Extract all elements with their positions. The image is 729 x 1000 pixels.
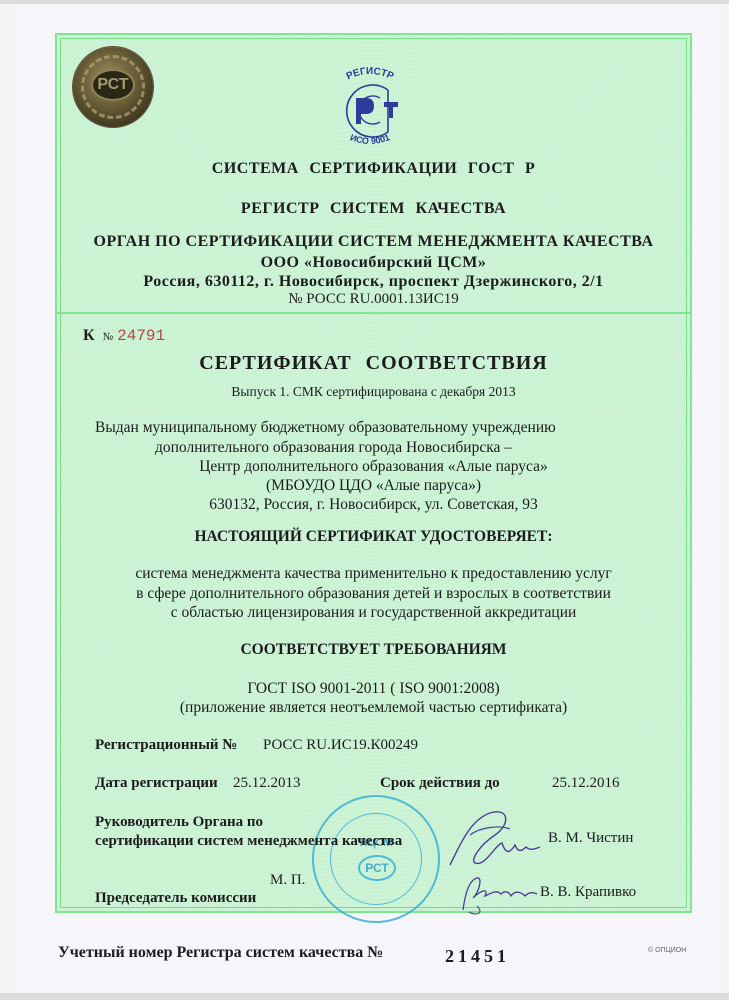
standard-reference: ГОСТ ISO 9001-2011 ( ISO 9001:2008) <box>55 680 692 698</box>
certificate-series: К <box>83 327 95 344</box>
certification-body-name: ООО «Новосибирский ЦСМ» <box>55 254 692 272</box>
issued-to-line: Центр дополнительного образования «Алые … <box>55 458 692 476</box>
register-account-label: Учетный номер Регистра систем качества № <box>58 944 383 962</box>
system-title: СИСТЕМА СЕРТИФИКАЦИИ ГОСТ Р <box>55 160 692 178</box>
register-account-number: 21451 <box>445 946 510 967</box>
stamp-pct-logo: РСТ <box>358 855 396 881</box>
chair-label: Председатель комиссии <box>95 890 256 907</box>
complies-heading: СООТВЕТСТВУЕТ ТРЕБОВАНИЯМ <box>55 641 692 659</box>
printer-copyright: © ОПЦИОН <box>648 947 686 954</box>
annex-note: (приложение является неотъемлемой частью… <box>55 699 692 717</box>
issued-to-line: дополнительного образования города Новос… <box>155 439 512 457</box>
certificate-title: СЕРТИФИКАТ СООТВЕТСТВИЯ <box>55 352 692 375</box>
reg-number-label: Регистрационный № <box>95 737 237 754</box>
scan-edge-top <box>0 0 729 4</box>
issue-note: Выпуск 1. СМК сертифицирована с декабря … <box>55 384 692 400</box>
certification-body-title: ОРГАН ПО СЕРТИФИКАЦИИ СИСТЕМ МЕНЕДЖМЕНТА… <box>55 233 692 251</box>
register-pct-logo-icon: РЕГИСТР ИСО 9001 <box>330 58 410 148</box>
reg-date-value: 25.12.2013 <box>233 775 301 792</box>
valid-until-value: 25.12.2016 <box>552 775 620 792</box>
scope-line: с областью лицензирования и государствен… <box>55 604 692 622</box>
certificate-number: К№24791 <box>83 327 165 345</box>
seal-place-label: М. П. <box>270 872 305 889</box>
certification-body-address: Россия, 630112, г. Новосибирск, проспект… <box>55 273 692 291</box>
register-title: РЕГИСТР СИСТЕМ КАЧЕСТВА <box>55 200 692 218</box>
svg-text:РЕГИСТР: РЕГИСТР <box>345 66 396 82</box>
chair-name: В. В. Крапивко <box>540 884 636 901</box>
scope-line: система менеджмента качества применитель… <box>55 565 692 583</box>
issued-to-line: 630132, Россия, г. Новосибирск, ул. Сове… <box>55 496 692 514</box>
head-label-line2: сертификации систем менеджмента качества <box>95 833 402 850</box>
valid-until-label: Срок действия до <box>380 775 500 792</box>
number-sign: № <box>103 331 114 343</box>
reg-date-label: Дата регистрации <box>95 775 218 792</box>
hologram-pct-mark: РСТ <box>91 69 135 101</box>
issued-to-line: (МБОУДО ЦДО «Алые паруса») <box>55 477 692 495</box>
head-label-line1: Руководитель Органа по <box>95 814 263 831</box>
issued-to-line: Выдан муниципальному бюджетному образова… <box>95 419 556 437</box>
scan-edge-bottom <box>0 993 729 1000</box>
scope-line: в сфере дополнительного образования дете… <box>55 585 692 603</box>
svg-text:ИСО 9001: ИСО 9001 <box>349 132 391 146</box>
head-signature-icon <box>440 805 550 875</box>
serial-number: 24791 <box>117 327 165 345</box>
certifies-heading: НАСТОЯЩИЙ СЕРТИФИКАТ УДОСТОВЕРЯЕТ: <box>55 528 692 546</box>
official-stamp-icon: НЦСМ РСТ <box>312 795 440 923</box>
hologram-seal-icon: РСТ <box>73 47 153 127</box>
chair-signature-icon <box>455 870 540 915</box>
certification-body-accreditation: № РОСС RU.0001.13ИС19 <box>55 291 692 308</box>
header-divider <box>57 312 690 314</box>
head-name: В. М. Чистин <box>548 830 633 847</box>
reg-number-value: РОСС RU.ИС19.К00249 <box>263 737 418 754</box>
